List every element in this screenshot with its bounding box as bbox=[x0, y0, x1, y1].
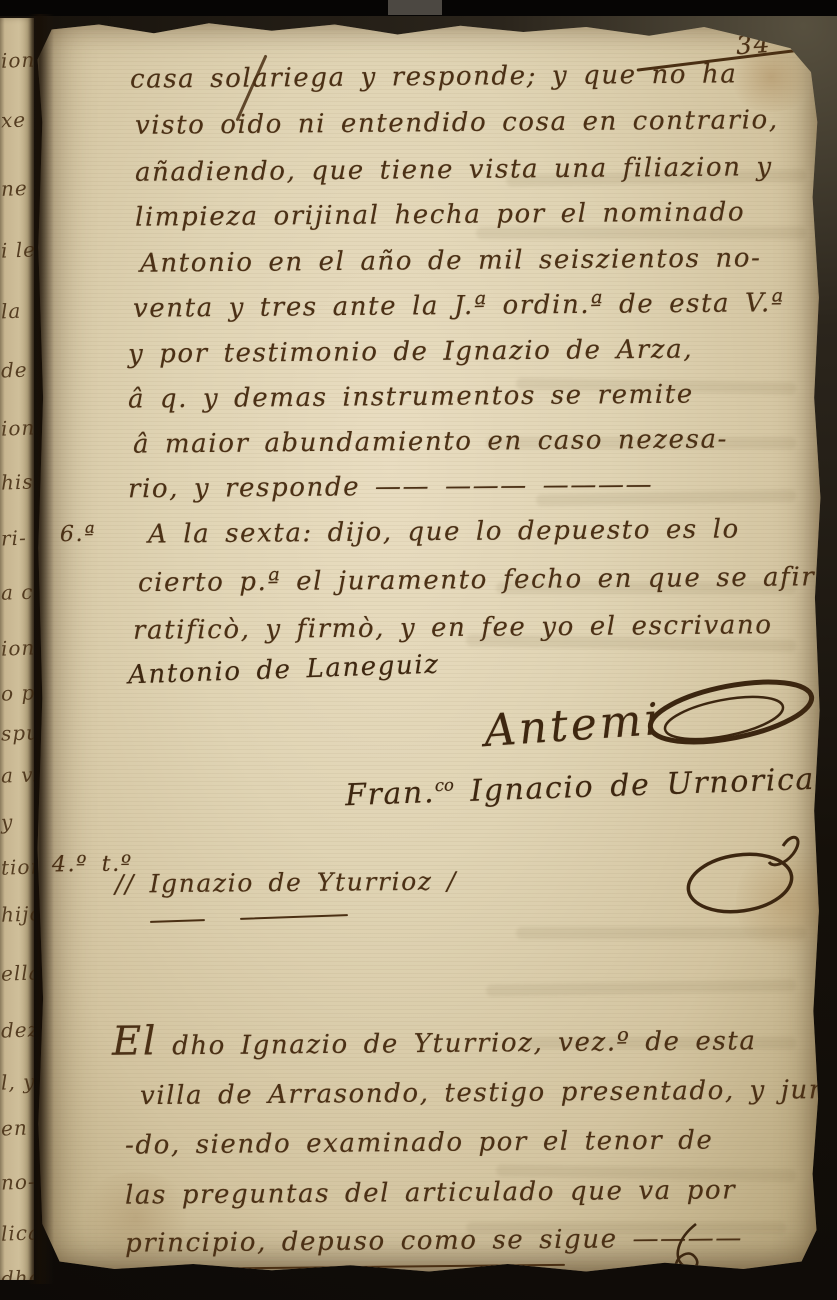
manuscript-line: principio, depuso como se sigue ———— bbox=[125, 1223, 743, 1258]
manuscript-line: El dho Ignazio de Yturrioz, vez.º de est… bbox=[112, 1013, 757, 1065]
notary-name-prefix: Fran. bbox=[345, 775, 436, 813]
binding-shadow bbox=[28, 14, 54, 1284]
manuscript-line: y por testimonio de Ignazio de Arza, bbox=[128, 335, 693, 370]
notary-signature: Fran.co Ignacio de Urnorica bbox=[345, 762, 816, 813]
manuscript-line: -do, siendo examinado por el tenor de bbox=[125, 1125, 714, 1160]
witness-heading: // Ignazio de Yturrioz / bbox=[115, 867, 457, 899]
paragraph-line-rest: dho Ignazio de Yturrioz, vez.º de esta bbox=[172, 1026, 757, 1061]
signature-flourish-oval bbox=[636, 668, 821, 758]
manuscript-line: visto oido ni entendido cosa en contrari… bbox=[135, 105, 779, 141]
manuscript-line: â q. y demas instrumentos se remite bbox=[128, 380, 694, 415]
margin-fragment: de bbox=[1, 358, 28, 383]
margin-fragment: ri- bbox=[1, 526, 28, 551]
margin-fragment: la bbox=[1, 299, 22, 324]
margin-fragment: en bbox=[1, 1116, 29, 1141]
photograph-background: ion, xe ne e i le la de ion his ri- a ce… bbox=[0, 0, 837, 1300]
backdrop-gray-notch bbox=[388, 0, 442, 15]
manuscript-line: venta y tres ante la J.ª ordin.ª de esta… bbox=[133, 288, 785, 324]
manuscript-line: cierto p.ª el juramento fecho en que se … bbox=[138, 562, 837, 598]
manuscript-line: ratificò, y firmò, y en fee yo el escriv… bbox=[133, 610, 773, 646]
manuscript-line: casa solariega y responde; y que no ha bbox=[130, 59, 738, 94]
closing-flourish-line bbox=[150, 1264, 565, 1270]
manuscript-line: limpieza orijinal hecha por el nominado bbox=[135, 197, 745, 232]
heading-underline-dash bbox=[240, 914, 348, 920]
heading-underline-dash bbox=[150, 919, 205, 923]
manuscript-line: â maior abundamiento en caso nezesa- bbox=[133, 424, 728, 459]
manuscript-line: Antonio en el año de mil seiszientos no- bbox=[140, 243, 762, 278]
margin-note-sexta: 6.ª bbox=[60, 522, 96, 547]
verso-showthrough bbox=[486, 979, 796, 996]
notary-name-rest: Ignacio de Urnorica bbox=[454, 762, 816, 810]
witness-signature: Antonio de Laneguiz bbox=[128, 650, 440, 691]
manuscript-line: villa de Arrasondo, testigo presentado, … bbox=[140, 1075, 837, 1111]
margin-fragment: y bbox=[1, 810, 14, 834]
manuscript-line: rio, y responde —— ——— ———— bbox=[128, 470, 653, 505]
manuscript-page: 34 casa solariega y responde; y que no h… bbox=[36, 22, 822, 1274]
manuscript-line: añadiendo, que tiene vista una filiazion… bbox=[135, 152, 773, 188]
margin-fragment: xe bbox=[1, 108, 27, 133]
notary-name-superscript: co bbox=[434, 775, 454, 795]
manuscript-line: las preguntas del articulado que va por bbox=[125, 1175, 736, 1210]
notary-rubric-flourish bbox=[665, 828, 815, 928]
closing-rubric-loop bbox=[666, 1220, 706, 1275]
verso-showthrough bbox=[516, 927, 806, 939]
paragraph-initial: El bbox=[112, 1018, 158, 1064]
manuscript-line: A la sexta: dijo, que lo depuesto es lo bbox=[148, 514, 740, 549]
